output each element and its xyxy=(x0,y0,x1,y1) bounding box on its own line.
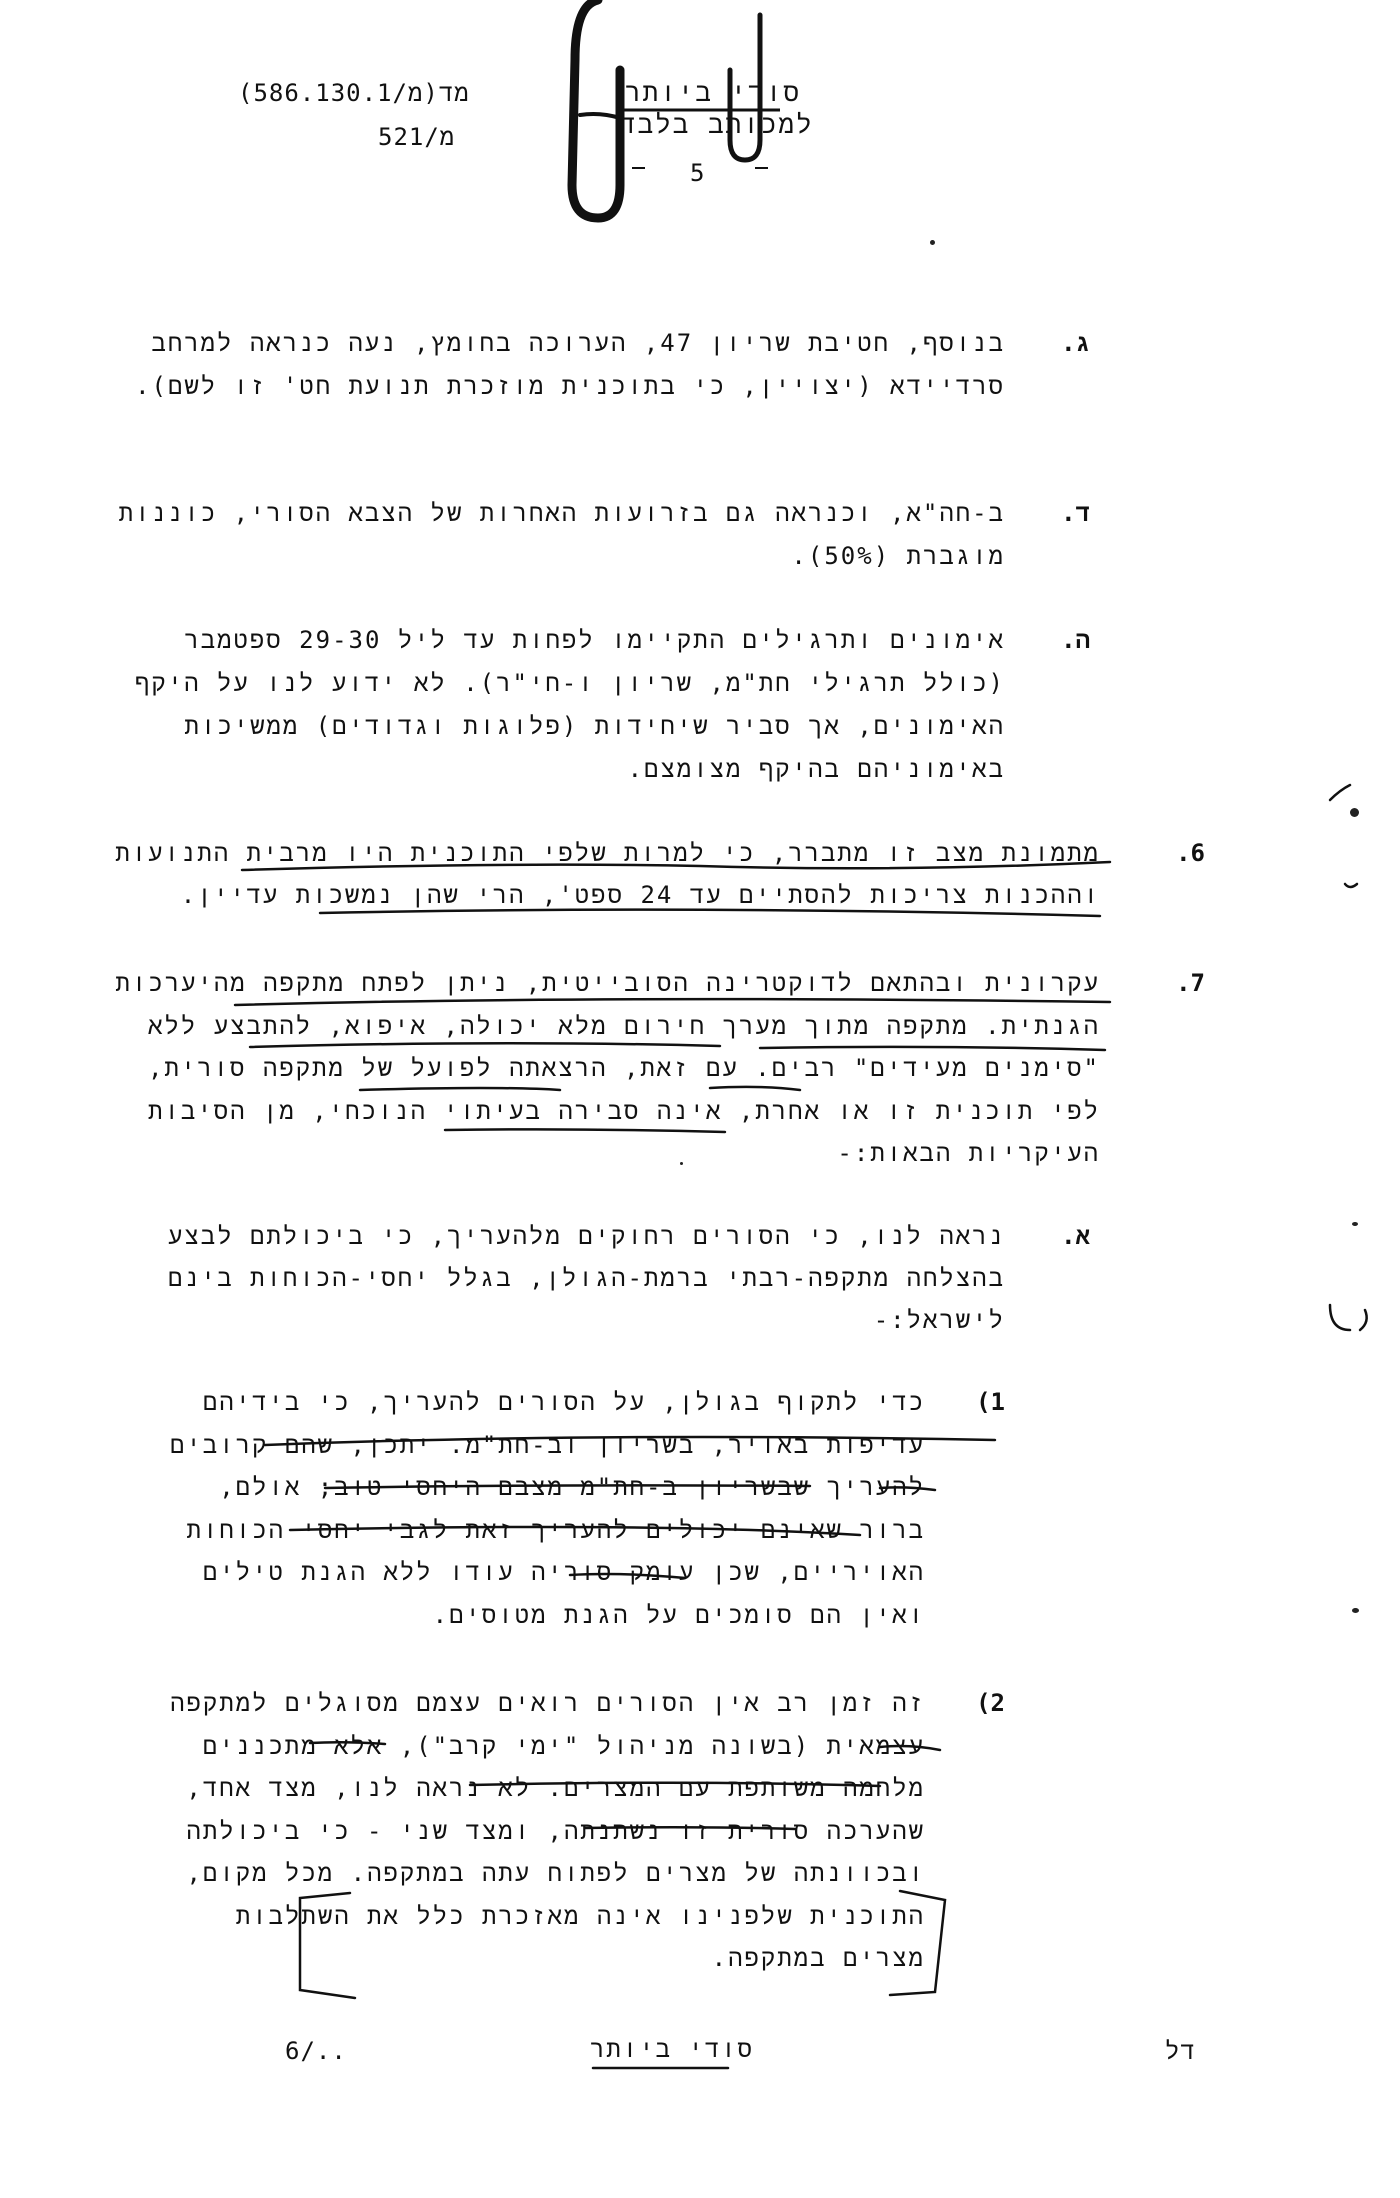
paragraph-line: בנוסף, חטיבת שריון 47, הערוכה בחומץ, נעה… xyxy=(151,328,1005,358)
footer-classification: סודי ביותר xyxy=(590,2034,754,2064)
paragraph-line: עקרונית ובהתאם לדוקטרינה הסובייטית, ניתן… xyxy=(115,968,1100,998)
paragraph-label: 7. xyxy=(1176,968,1205,998)
paragraph-line: שהערכה סורית זו נשתנתה, ומצד שני - כי בי… xyxy=(186,1816,925,1846)
paragraph-line: להעריך שבשריון ב-חת"מ מצבם היחסי טוב; או… xyxy=(219,1472,925,1502)
document-reference: (586.130.1/מ)מד xyxy=(238,78,470,108)
paragraph-line: "סימנים מעידים" רבים. עם זאת, הרצאתה לפו… xyxy=(148,1053,1100,1083)
paragraph-line: כדי לתקוף בגולן, על הסורים להעריך, כי בי… xyxy=(203,1387,925,1417)
paragraph-line: ברור שאינם יכולים להעריך זאת לגבי יחסי ה… xyxy=(187,1515,925,1545)
boxed-text-line: מצרים במתקפה. xyxy=(712,1943,925,1973)
paragraph-line: ב-חה"א, וכנראה גם בזרועות האחרות של הצבא… xyxy=(119,498,1005,528)
paragraph-line: עצמאית (בשונה מניהול "ימי קרב"), אלא מתכ… xyxy=(203,1731,925,1761)
paperclip-icon xyxy=(572,0,760,218)
paragraph-label: א. xyxy=(1061,1221,1090,1251)
hole-punch-mark xyxy=(1352,1608,1359,1613)
paragraph-line: בהצלחה מתקפה-רבתי ברמת-הגולן, בגלל יחסי-… xyxy=(168,1263,1005,1293)
paragraph-line: סרדיידא (יצויין, כי בתוכנית מוזכרת תנועת… xyxy=(135,371,1005,401)
paragraph-label: ד. xyxy=(1061,498,1090,528)
paragraph-line: האימונים, אך סביר שיחידות (פלוגות וגדודי… xyxy=(184,711,1005,741)
paragraph-line: מוגברת (50%). xyxy=(791,541,1005,571)
paragraph-line: זה זמן רב אין הסורים רואים עצמם מסוגלים … xyxy=(170,1688,925,1718)
paragraph-label: ה. xyxy=(1061,625,1090,655)
paragraph-line: הגנתית. מתקפה מתוך מערך חירום מלא יכולה,… xyxy=(148,1011,1100,1041)
continuation-marker: 6/.. xyxy=(285,2036,347,2066)
paragraph-line: לפי תוכנית זו או אחרת, אינה סבירה בעיתוי… xyxy=(148,1096,1100,1126)
hole-punch-mark xyxy=(1350,808,1359,817)
paragraph-label: ג. xyxy=(1061,328,1090,358)
classification-stamp-line2: למכותב בלבד xyxy=(620,110,814,140)
paragraph-line: ובכוונתה של מצרים לפתוח עתה במתקפה. מכל … xyxy=(186,1858,925,1888)
paragraph-line: (כולל תרגילי חת"מ, שריון ו-חי"ר). לא ידו… xyxy=(135,668,1005,698)
paragraph-line: עדיפות באויר, בשריון וב-חת"מ. יתכן, שהם … xyxy=(170,1430,925,1460)
paragraph-line: האויריים, שכן עומק סוריה עודו ללא הגנת ט… xyxy=(203,1557,925,1587)
page-number: 5 xyxy=(690,158,705,188)
paragraph-line: העיקריות הבאות:- xyxy=(837,1138,1100,1168)
paragraph-line: באימוניהם בהיקף מצומצם. xyxy=(628,754,1005,784)
document-subreference: 521/מ xyxy=(378,122,455,152)
hole-punch-mark xyxy=(1352,1222,1358,1226)
paragraph-line: מלחמה משותפת עם המצרים. לא נראה לנו, מצד… xyxy=(186,1773,925,1803)
boxed-text-line: התוכנית שלפנינו אינה מאזכרת כלל את השתלב… xyxy=(236,1901,925,1931)
paragraph-line: אימונים ותרגילים התקיימו לפחות עד ליל 29… xyxy=(184,625,1005,655)
scan-speck xyxy=(930,240,935,245)
paragraph-line: מתמונת מצב זו מתברר, כי למרות שלפי התוכנ… xyxy=(115,838,1100,868)
paragraph-line: נראה לנו, כי הסורים רחוקים מלהעריך, כי ב… xyxy=(168,1221,1005,1251)
paragraph-label: 6. xyxy=(1176,838,1205,868)
paragraph-label: 1) xyxy=(976,1387,1005,1417)
paragraph-label: 2) xyxy=(976,1688,1005,1718)
paragraph-line: ואין הם סומכים על הגנת מטוסים. xyxy=(433,1600,925,1630)
paragraph-line: וההכנות צריכות להסתיים עד 24 ספט', הרי ש… xyxy=(181,880,1100,910)
classification-stamp-line1: סודי ביותר xyxy=(625,78,801,108)
scan-speck xyxy=(680,1162,683,1165)
author-initials: דל xyxy=(1165,2036,1196,2066)
paragraph-line: לישראל:- xyxy=(874,1305,1005,1335)
